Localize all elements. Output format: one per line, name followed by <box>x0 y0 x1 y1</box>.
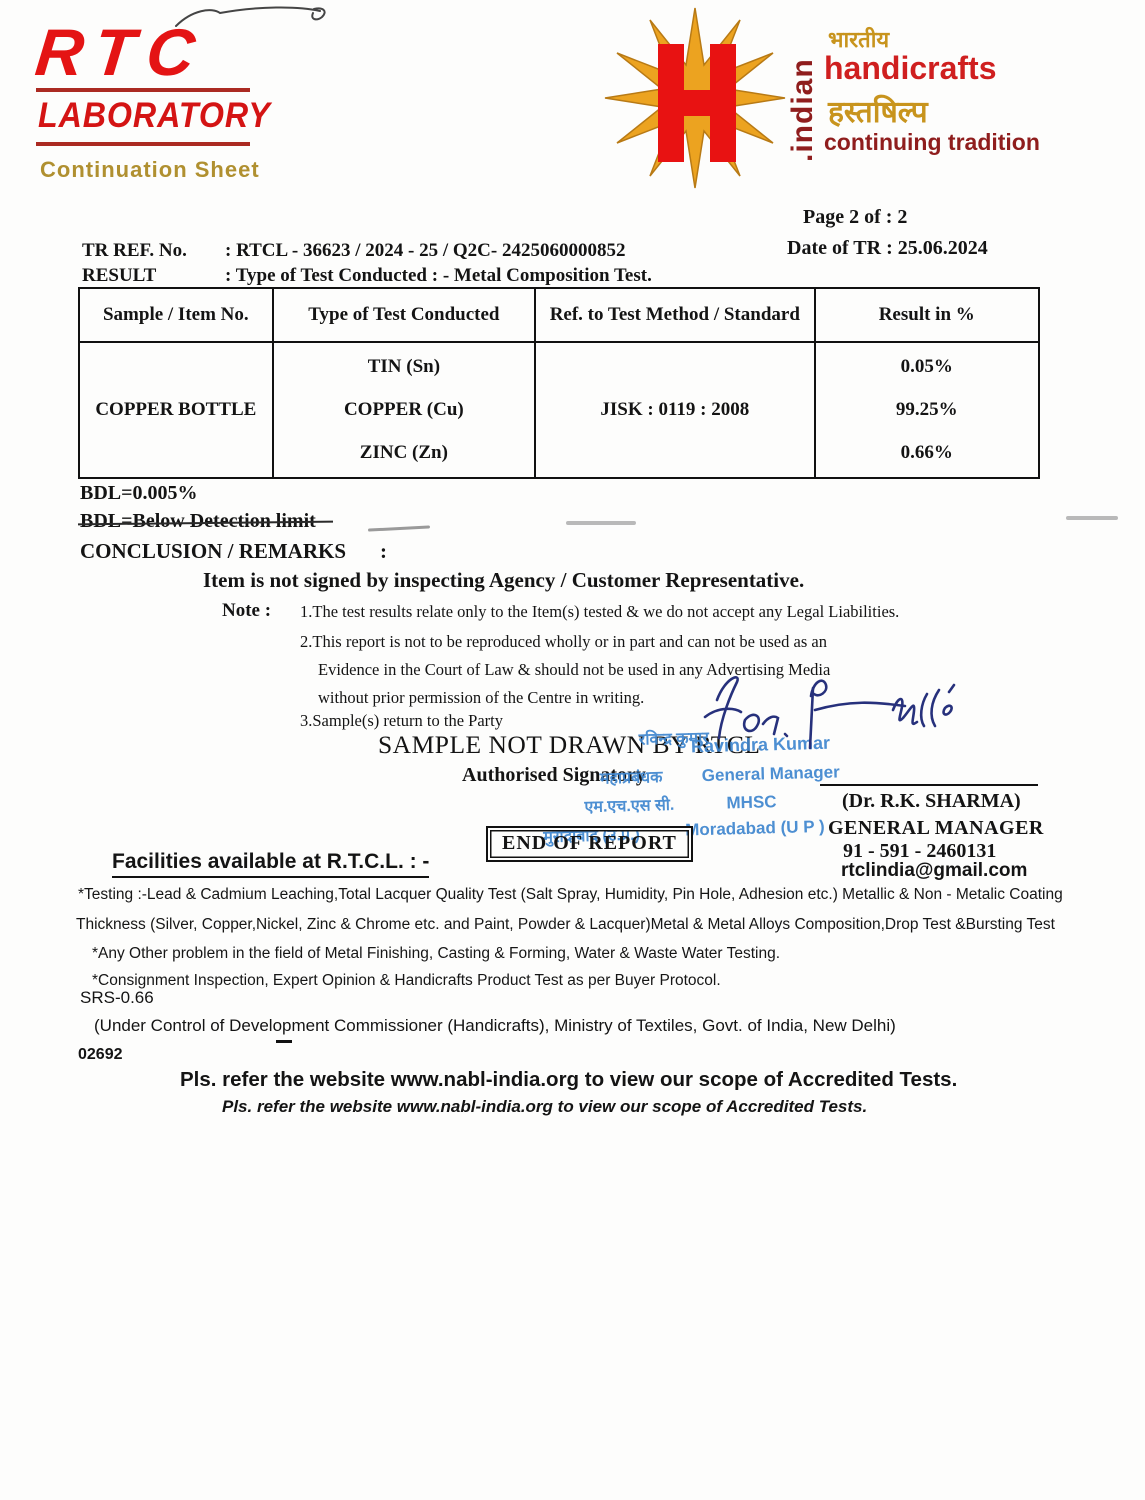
tr-date: Date of TR : 25.06.2024 <box>787 237 988 260</box>
col-result-header: Result in % <box>815 288 1040 342</box>
col-test-header: Type of Test Conducted <box>273 288 535 342</box>
rtc-logo-rule-1 <box>36 88 250 92</box>
tr-ref-value: : RTCL - 36623 / 2024 - 25 / Q2C- 242506… <box>225 240 625 262</box>
handicrafts-wordmark: handicrafts <box>824 50 996 87</box>
report-code: 02692 <box>78 1046 123 1064</box>
nabl-notice-italic: Pls. refer the website www.nabl-india.or… <box>222 1097 867 1117</box>
facilities-line-1: *Testing :-Lead & Cadmium Leaching,Total… <box>78 886 1063 904</box>
stamp-city: Moradabad (U P ) <box>685 817 825 841</box>
indian-vertical-label: .indian <box>786 32 820 162</box>
note-label: Note : <box>222 600 271 622</box>
bdl-value-line: BDL=0.005% <box>80 482 198 505</box>
test-result: 0.66% <box>816 442 1039 464</box>
rtc-logo-title: RTC <box>32 14 210 90</box>
test-name: ZINC (Zn) <box>274 442 534 464</box>
conclusion-colon: : <box>380 539 387 564</box>
note-line-1: 1.The test results relate only to the It… <box>300 602 899 622</box>
col-sample-header: Sample / Item No. <box>79 288 273 342</box>
test-name: COPPER (Cu) <box>274 399 534 421</box>
table-header-row: Sample / Item No. Type of Test Conducted… <box>79 288 1039 342</box>
facilities-line-2: Thickness (Silver, Copper,Nickel, Zinc &… <box>76 916 1055 934</box>
note-line-2: 2.This report is not to be reproduced wh… <box>300 632 827 652</box>
signature-icon <box>695 662 965 767</box>
hindi-hastshilp-label: हस्तषिल्प <box>828 90 928 131</box>
rtc-logo-subtitle: LABORATORY <box>38 96 271 136</box>
handicrafts-starburst-icon <box>598 6 793 191</box>
tests-cell: TIN (Sn) COPPER (Cu) ZINC (Zn) <box>273 342 535 478</box>
table-row: COPPER BOTTLE TIN (Sn) COPPER (Cu) ZINC … <box>79 342 1039 478</box>
results-table: Sample / Item No. Type of Test Conducted… <box>78 287 1040 479</box>
tr-date-value: 25.06.2024 <box>898 237 988 259</box>
test-result: 0.05% <box>816 356 1039 378</box>
method-cell: JISK : 0119 : 2008 <box>535 342 814 478</box>
sample-cell: COPPER BOTTLE <box>79 342 273 478</box>
col-method-header: Ref. to Test Method / Standard <box>535 288 814 342</box>
continuing-tradition-label: continuing tradition <box>824 129 1040 156</box>
scanned-test-report-page: RTC LABORATORY Continuation Sheet .india… <box>0 0 1145 1500</box>
tr-ref-label: TR REF. No. <box>82 240 187 262</box>
test-result: 99.25% <box>816 399 1039 421</box>
stamp-hindi-title: महाप्रबंधक <box>599 765 662 789</box>
facilities-line-4: *Consignment Inspection, Expert Opinion … <box>92 972 721 990</box>
nabl-notice-bold: Pls. refer the website www.nabl-india.or… <box>180 1068 957 1092</box>
srs-code: SRS-0.66 <box>80 988 154 1008</box>
tr-date-label: Date of TR : <box>787 237 898 259</box>
scan-smudge <box>1066 516 1118 520</box>
under-control-line: (Under Control of Development Commission… <box>94 1016 896 1036</box>
under-control-underline-mark <box>276 1040 292 1043</box>
stamp-org: MHSC <box>726 792 777 813</box>
signatory-email: rtclindia@gmail.com <box>841 860 1027 882</box>
continuation-sheet-label: Continuation Sheet <box>40 157 260 183</box>
test-name: TIN (Sn) <box>274 356 534 378</box>
conclusion-label: CONCLUSION / REMARKS <box>80 539 346 564</box>
stamp-hindi-org: एम.एच.एस सी. <box>584 793 674 817</box>
result-label: RESULT <box>82 265 156 287</box>
facilities-heading: Facilities available at R.T.C.L. : - <box>112 850 429 878</box>
end-of-report-box: END OF REPORT <box>486 826 693 862</box>
facilities-line-3: *Any Other problem in the field of Metal… <box>92 945 780 963</box>
results-cell: 0.05% 99.25% 0.66% <box>815 342 1040 478</box>
page-number: Page 2 of : 2 <box>803 206 907 229</box>
note-line-5: 3.Sample(s) return to the Party <box>300 711 503 731</box>
scan-smudge <box>368 525 430 531</box>
note-line-4: without prior permission of the Centre i… <box>318 688 644 708</box>
result-value: : Type of Test Conducted : - Metal Compo… <box>225 265 652 287</box>
rtc-logo-rule-2 <box>36 142 250 146</box>
scan-smudge <box>566 521 636 525</box>
conclusion-text: Item is not signed by inspecting Agency … <box>203 568 804 593</box>
